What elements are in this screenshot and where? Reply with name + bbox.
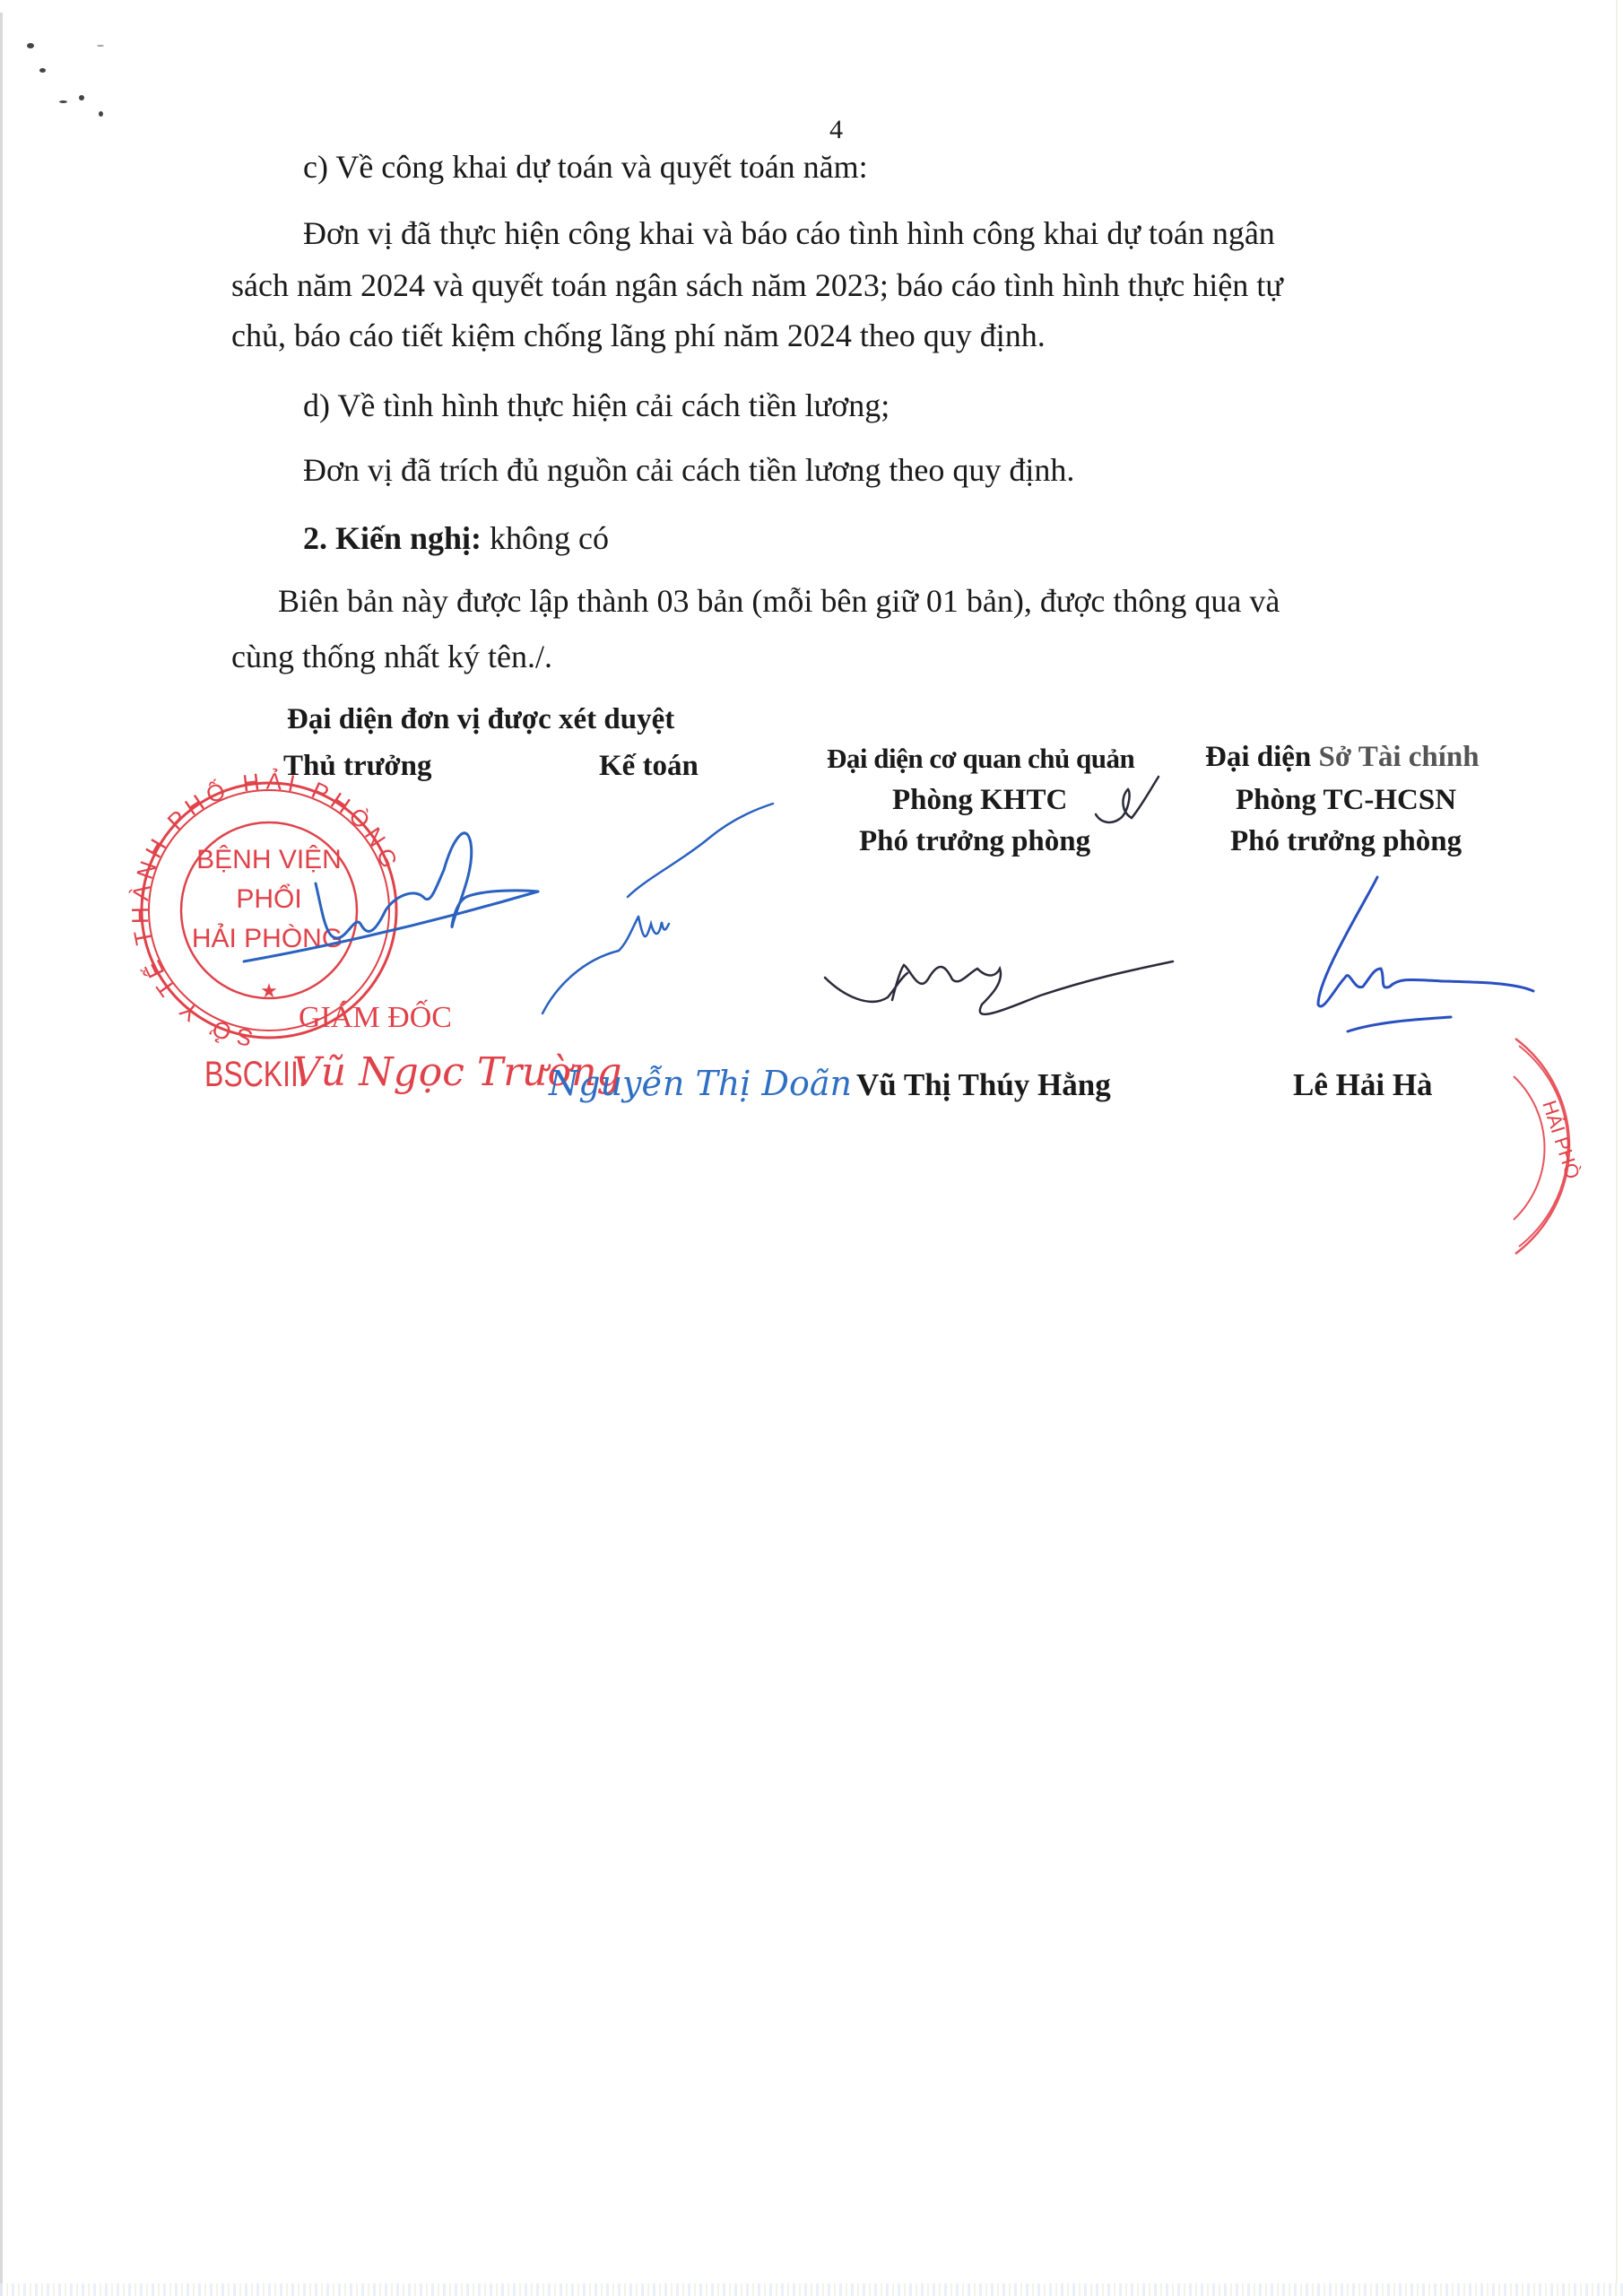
managing-agency-position: Phó trưởng phòng: [859, 827, 1090, 857]
accountant-title: Kế toán: [599, 752, 699, 781]
scan-right-edge: [1616, 0, 1618, 2296]
scan-speck: [27, 43, 34, 48]
managing-agency-department: Phòng KHTC: [892, 786, 1067, 815]
scan-speck: [97, 45, 104, 47]
closing-text-line: cùng thống nhất ký tên./.: [231, 640, 552, 673]
finance-title-prefix: Đại diện: [1205, 741, 1319, 773]
scan-speck: [79, 95, 84, 100]
svg-text:HẢI PHÒ: HẢI PHÒ: [1538, 1098, 1584, 1182]
section-d-heading: d) Về tình hình thực hiện cải cách tiền …: [303, 389, 890, 422]
accountant-name-handwritten: Nguyễn Thị Doãn: [549, 1064, 852, 1103]
svg-text:BỆNH VIỆN: BỆNH VIỆN: [196, 845, 342, 874]
finance-department-position: Phó trưởng phòng: [1230, 827, 1462, 857]
unit-head-title: Thủ trưởng: [283, 752, 432, 781]
recommendation-value: không có: [482, 520, 609, 556]
section-d-text: Đơn vị đã trích đủ nguồn cải cách tiền l…: [303, 454, 1074, 486]
recommendation-label: 2. Kiến nghị:: [303, 520, 482, 556]
finance-department-signature: [1318, 877, 1533, 1031]
managing-agency-signer-name: Vũ Thị Thúy Hằng: [856, 1067, 1111, 1103]
svg-text:HẢI PHÒNG: HẢI PHÒNG: [192, 923, 343, 953]
scan-speck: [99, 111, 103, 117]
page-number: 4: [829, 115, 843, 145]
director-name-prefix: BSCKII.: [204, 1055, 307, 1095]
section-c-text-line: chủ, báo cáo tiết kiệm chống lãng phí nă…: [231, 319, 1046, 352]
finance-department-unit: Phòng TC-HCSN: [1236, 786, 1456, 815]
unit-group-title: Đại diện đơn vị được xét duyệt: [287, 705, 674, 735]
closing-text-line: Biên bản này được lập thành 03 bản (mỗi …: [278, 585, 1280, 617]
finance-department-title: Đại diện Sở Tài chính: [1205, 743, 1480, 772]
director-signature: [244, 833, 538, 961]
finance-title-highlight: Sở Tài chính: [1319, 741, 1480, 773]
section-c-text-line: Đơn vị đã thực hiện công khai và báo cáo…: [303, 217, 1275, 249]
managing-agency-title: Đại diện cơ quan chủ quản: [827, 744, 1134, 772]
star-icon: ★: [260, 979, 278, 1002]
scan-bottom-noise: [0, 2283, 1623, 2296]
finance-stamp-fragment: HẢI PHÒ: [1514, 1039, 1584, 1254]
section-c-heading: c) Về công khai dự toán và quyết toán nă…: [303, 151, 868, 183]
scan-speck: [59, 100, 67, 103]
scan-speck: [39, 68, 46, 73]
svg-text:PHỔI: PHỔI: [236, 883, 301, 914]
section-c-text-line: sách năm 2024 và quyết toán ngân sách nă…: [231, 269, 1283, 301]
document-page: 4 c) Về công khai dự toán và quyết toán …: [0, 0, 1623, 2296]
finance-department-signer-name: Lê Hải Hà: [1293, 1067, 1433, 1103]
recommendation: 2. Kiến nghị: không có: [303, 522, 609, 554]
hospital-stamp: [142, 783, 396, 1038]
scan-left-edge: [0, 13, 3, 2296]
accountant-signature: [542, 804, 773, 1013]
director-position: GIÁM ĐỐC: [299, 1001, 452, 1035]
